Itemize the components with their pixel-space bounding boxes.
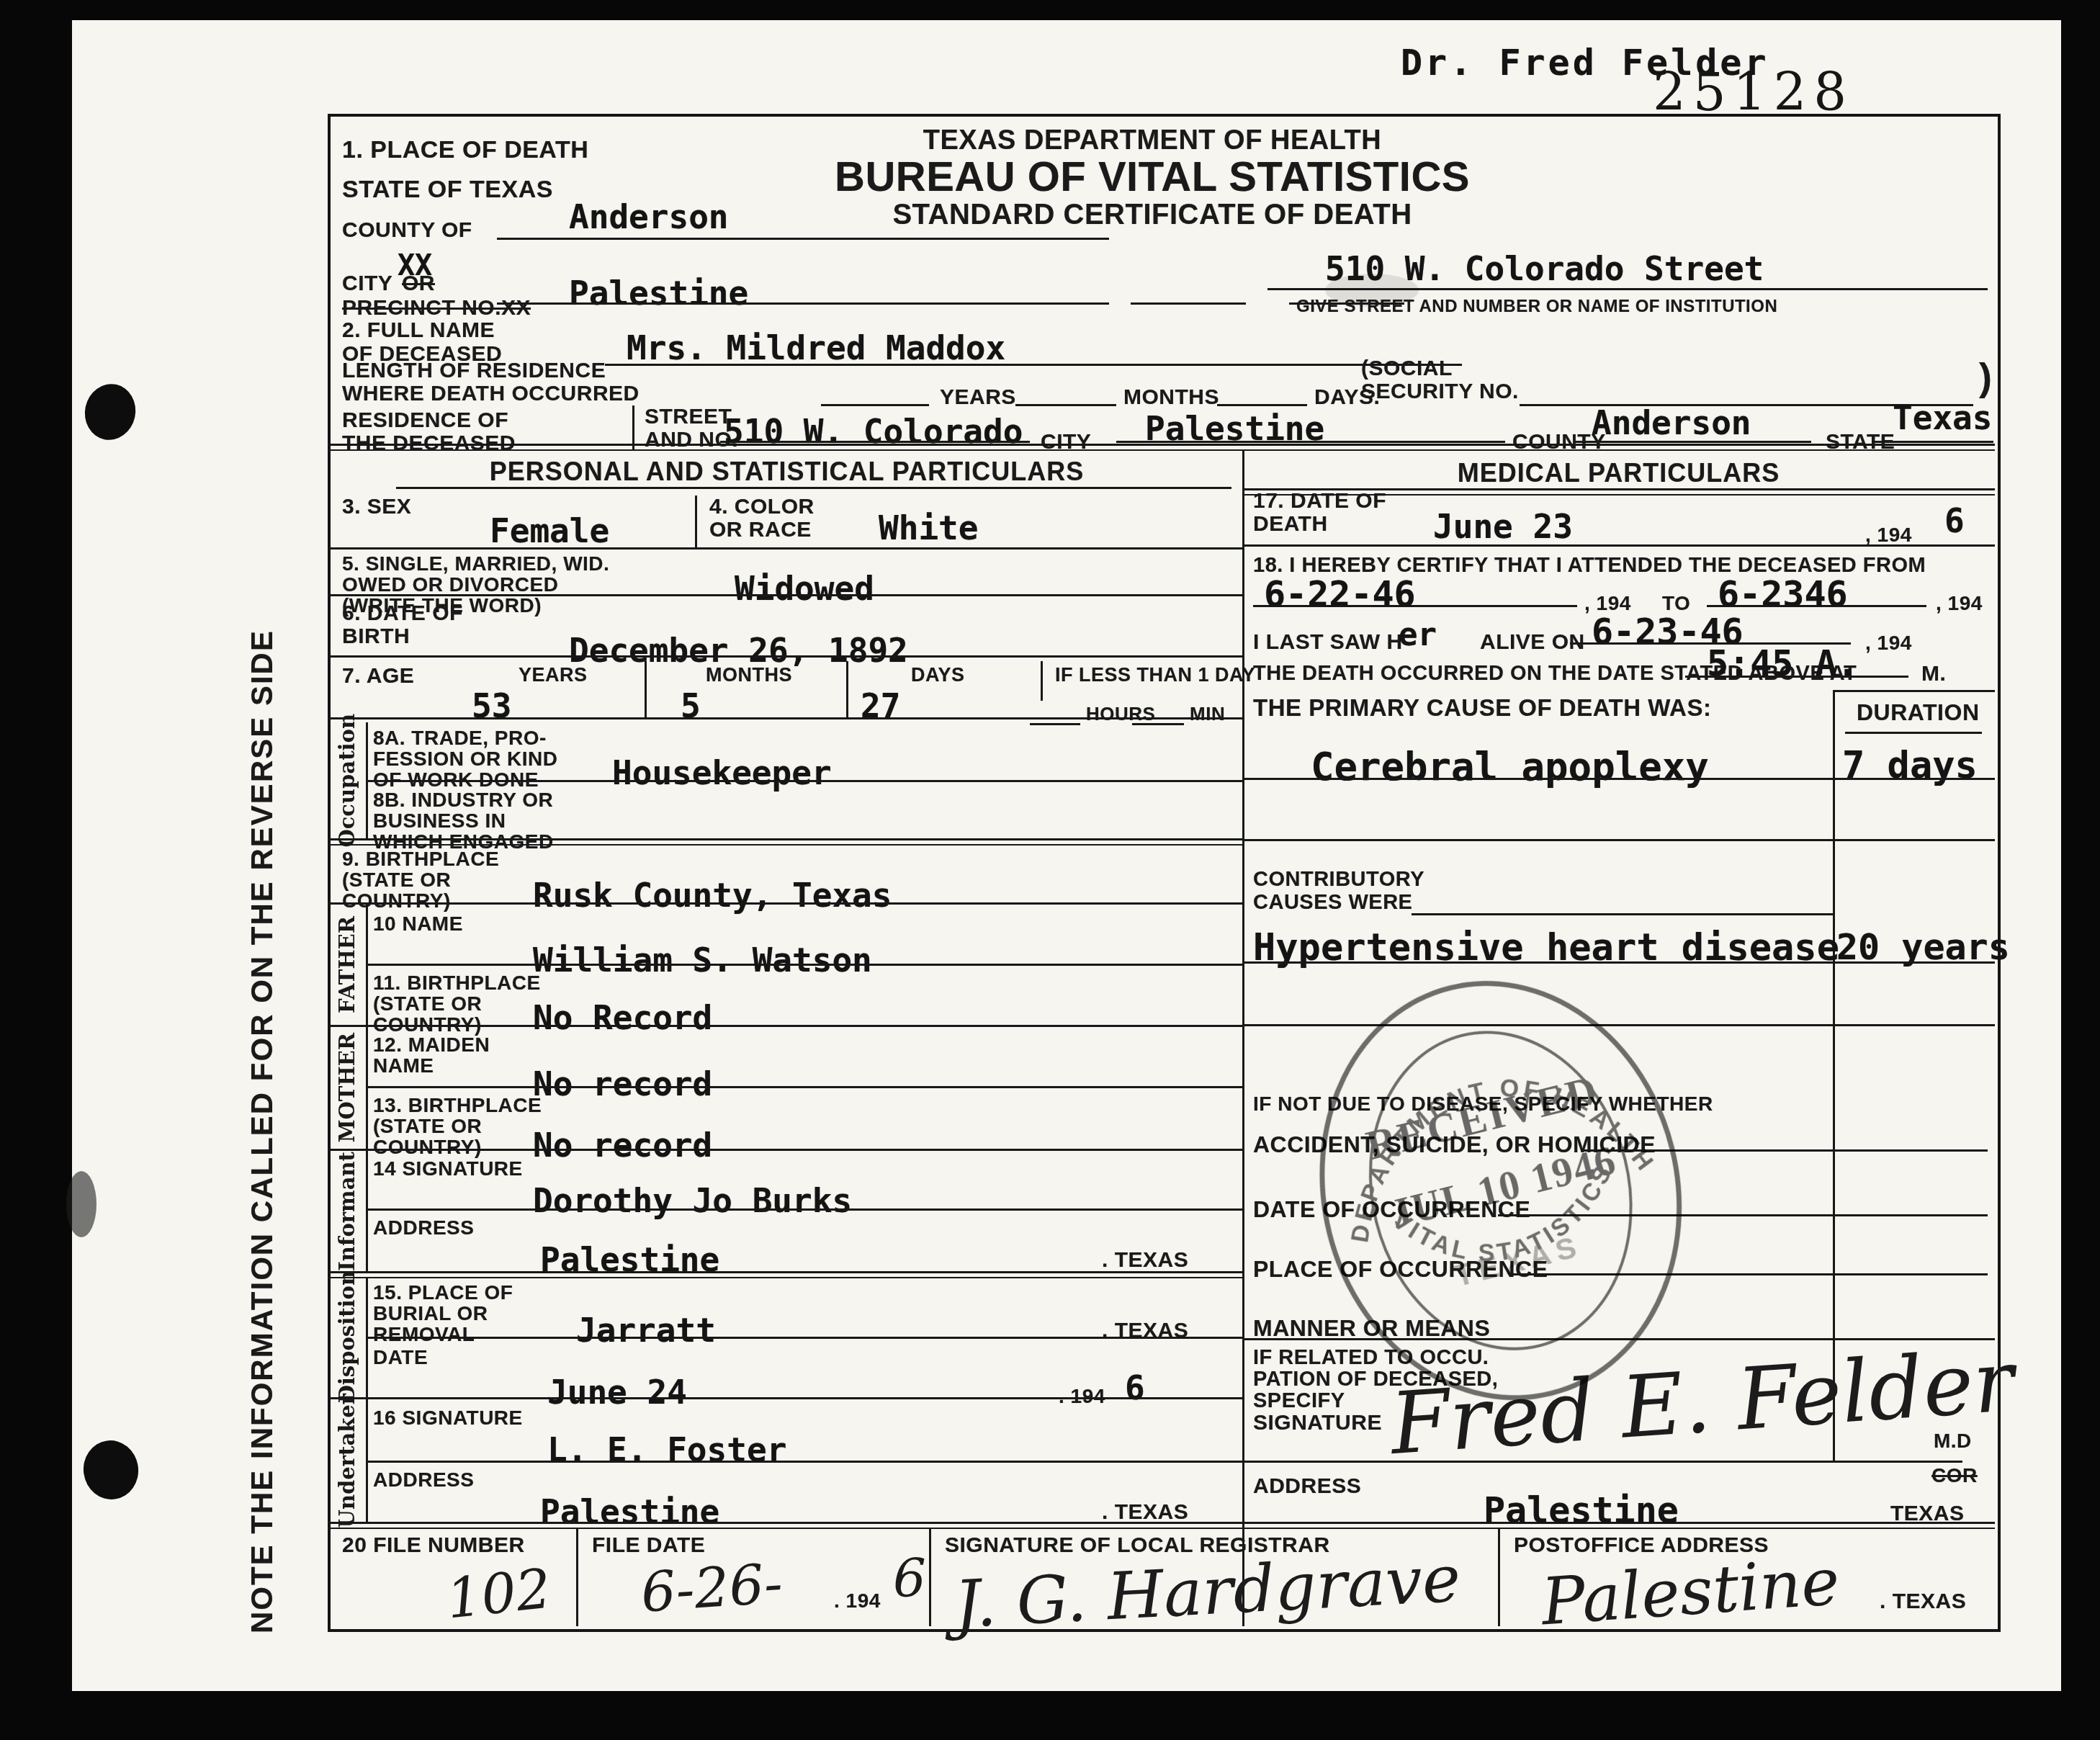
dod-value: June 23: [1433, 507, 1573, 546]
disposition-date-value: June 24: [547, 1373, 687, 1412]
rule: [497, 238, 1109, 240]
undertaker-sig-value: L. E. Foster: [547, 1430, 786, 1469]
rule: [1015, 404, 1116, 406]
age-days-label: DAYS: [911, 665, 965, 685]
full-name-label: 2. FULL NAME: [342, 319, 495, 342]
birthplace-label1: 9. BIRTHPLACE: [342, 848, 499, 869]
maiden-label1: 12. MAIDEN: [373, 1034, 490, 1055]
hole-punch: [80, 380, 141, 445]
burial-label2: BURIAL OR: [373, 1303, 488, 1324]
city-label: CITY: [342, 272, 392, 295]
disposition-year-suffix: 6: [1125, 1368, 1145, 1407]
rule: [1872, 441, 1993, 443]
attended-from-value: 6-22-46: [1264, 573, 1416, 615]
age-years-label: YEARS: [519, 665, 588, 685]
rule: [1845, 732, 1982, 734]
undertaker-group-label: Undertaker: [330, 1399, 364, 1522]
full-name-value: Mrs. Mildred Maddox: [627, 328, 1005, 367]
rule: [1242, 1461, 1962, 1463]
father-group-label: FATHER: [330, 905, 364, 1025]
rule: [645, 661, 647, 717]
rule: [328, 547, 1242, 550]
file-date-year-suffix: 6: [893, 1548, 926, 1609]
residence-state-value: Texas: [1893, 398, 1992, 437]
rule: [1242, 544, 1995, 547]
lastsaw-label2: ALIVE ON: [1480, 631, 1585, 654]
rule: [328, 444, 1995, 451]
industry-label2: BUSINESS IN: [373, 810, 506, 831]
father-bp-value: No Record: [533, 998, 712, 1037]
rule: [366, 1151, 368, 1271]
rule: [366, 1208, 1242, 1211]
street-value: 510 W. Colorado Street: [1325, 249, 1764, 288]
rule: [1217, 404, 1307, 406]
primary-cause-label: THE PRIMARY CAUSE OF DEATH WAS:: [1253, 696, 1711, 721]
physician-addr-label: ADDRESS: [1253, 1475, 1361, 1498]
cause-value: Cerebral apoplexy: [1311, 744, 1709, 789]
rule: [366, 1337, 1242, 1339]
rule: [1267, 288, 1988, 290]
rule: [1242, 839, 1995, 841]
marital-label1: 5. SINGLE, MARRIED, WID.: [342, 553, 609, 574]
maiden-value: No record: [533, 1064, 712, 1103]
attended-to-value: 6-2346: [1718, 573, 1848, 615]
rule: [328, 838, 1242, 846]
min-label: MIN: [1190, 704, 1225, 724]
lastsaw-label1: I LAST SAW H: [1253, 631, 1403, 654]
rule: [929, 1528, 931, 1626]
rule: [1116, 441, 1505, 443]
document-page: Dr. Fred Felder 25128 NOTE THE INFORMATI…: [72, 20, 2061, 1691]
rule: [1707, 605, 1926, 607]
informant-sig-value: Dorothy Jo Burks: [533, 1181, 852, 1220]
age-label: 7. AGE: [342, 665, 414, 688]
father-name-label: 10 NAME: [373, 913, 463, 934]
years-label: YEARS: [940, 386, 1016, 409]
father-bp-label2: (STATE OR: [373, 993, 482, 1014]
mother-bp-value: No record: [533, 1126, 712, 1165]
death-time-value: 5:45 A.: [1707, 642, 1859, 684]
informant-group-text: Informant: [335, 1152, 359, 1271]
sex-value: Female: [490, 511, 609, 550]
city-xx-overtype: XX: [398, 249, 432, 282]
informant-group-label: Informant: [330, 1151, 364, 1271]
rule: [328, 1397, 1242, 1399]
rule: [576, 1528, 578, 1626]
rule: [328, 1025, 1242, 1027]
trade-label1: 8A. TRADE, PRO-: [373, 727, 547, 748]
burial-value: Jarratt: [576, 1311, 716, 1350]
dod-year-suffix: 6: [1944, 501, 1965, 540]
dob-label1: 6. DATE OF: [342, 602, 463, 625]
undertaker-state-label: . TEXAS: [1102, 1501, 1188, 1524]
ink-smudge: [66, 1171, 97, 1237]
rule: [328, 594, 1242, 596]
postoffice-state-label: . TEXAS: [1880, 1590, 1966, 1613]
birthplace-label2: (STATE OR: [342, 869, 451, 890]
father-name-value: William S. Watson: [533, 941, 872, 979]
file-number-label: 20 FILE NUMBER: [342, 1534, 525, 1557]
rule: [1131, 302, 1246, 305]
contrib-label2: CAUSES WERE: [1253, 892, 1412, 913]
industry-label1: 8B. INDUSTRY OR: [373, 789, 553, 810]
file-date-year-prefix: . 194: [834, 1590, 881, 1611]
rule: [328, 717, 1242, 719]
street-note: GIVE STREET AND NUMBER OR NAME OF INSTIT…: [1296, 297, 1777, 315]
rule: [366, 1086, 1242, 1088]
rule: [1030, 723, 1080, 725]
trade-value: Housekeeper: [612, 753, 832, 792]
header-dept: TEXAS DEPARTMENT OF HEALTH: [756, 127, 1548, 156]
marital-label2: OWED OR DIVORCED: [342, 574, 558, 595]
social-label1: (SOCIAL: [1361, 357, 1453, 380]
mother-bp-label2: (STATE OR: [373, 1116, 482, 1136]
rule: [328, 902, 1242, 905]
cor-label: COR: [1931, 1465, 1978, 1486]
hours-label: HOURS: [1086, 704, 1155, 724]
rule: [366, 964, 1242, 966]
file-date-value: 6-26-: [639, 1551, 784, 1624]
rule: [396, 487, 1231, 489]
trade-label2: FESSION OR KIND: [373, 748, 557, 769]
state-of-texas-label: STATE OF TEXAS: [342, 177, 553, 203]
physician-state-label: TEXAS: [1890, 1502, 1965, 1525]
color-label1: 4. COLOR: [709, 495, 815, 519]
county-value: Anderson: [569, 197, 729, 236]
contrib-label1: CONTRIBUTORY: [1253, 869, 1424, 890]
city-value: Palestine: [569, 274, 748, 313]
rule: [366, 1461, 1242, 1463]
rule: [1132, 723, 1184, 725]
burial-label3: REMOVAL: [373, 1324, 475, 1345]
rule: [846, 661, 848, 717]
father-group-text: FATHER: [335, 916, 359, 1013]
rule: [328, 1149, 1242, 1151]
precinct-label: PRECINCT NO.XX: [342, 297, 531, 320]
lessday-label: IF LESS THAN 1 DAY: [1055, 665, 1255, 685]
social-label2: SECURITY NO.: [1361, 380, 1519, 403]
lastsaw-er-overtype: er: [1399, 616, 1437, 653]
street-and-no-label1: STREET: [645, 405, 732, 429]
rule: [1498, 1528, 1500, 1626]
dod-label2: DEATH: [1253, 513, 1328, 536]
rule: [497, 302, 1109, 305]
rule: [328, 1271, 1242, 1278]
form-header: TEXAS DEPARTMENT OF HEALTH BUREAU OF VIT…: [756, 127, 1548, 230]
rule: [605, 364, 1462, 366]
residence-length-label2: WHERE DEATH OCCURRED: [342, 382, 640, 405]
paren: ): [1979, 357, 1992, 398]
dod-label1: 17. DATE OF: [1253, 490, 1386, 513]
rule: [1242, 778, 1995, 780]
rule: [821, 404, 929, 406]
residence-label1: RESIDENCE OF: [342, 409, 508, 432]
dob-label2: BIRTH: [342, 625, 410, 648]
related-label3: SPECIFY: [1253, 1390, 1345, 1412]
rule: [695, 495, 697, 547]
disposition-group-text: Disposition: [335, 1270, 359, 1403]
mother-bp-label3: COUNTRY): [373, 1136, 482, 1157]
header-bureau: BUREAU OF VITAL STATISTICS: [756, 156, 1548, 199]
attended-year2: , 194: [1936, 593, 1983, 614]
file-number-value: 102: [444, 1556, 555, 1631]
county-label: COUNTY OF: [342, 219, 472, 242]
duration-label: DURATION: [1857, 701, 1980, 725]
death-time-m-label: M.: [1921, 663, 1946, 686]
rule: [1253, 605, 1577, 607]
color-label2: OR RACE: [709, 519, 812, 542]
column-divider: [1242, 450, 1244, 1626]
reverse-side-note: NOTE THE INFORMATION CALLED FOR ON THE R…: [246, 344, 278, 1633]
medical-section-header: MEDICAL PARTICULARS: [1242, 459, 1995, 487]
rule: [1574, 441, 1811, 443]
rule: [1685, 676, 1908, 678]
undertaker-group-text: Undertaker: [335, 1394, 359, 1528]
file-date-label: FILE DATE: [592, 1534, 705, 1557]
mother-bp-label1: 13. BIRTHPLACE: [373, 1095, 542, 1116]
informant-addr-label: ADDRESS: [373, 1217, 474, 1238]
rule: [1412, 913, 1833, 915]
mother-group-label: MOTHER: [330, 1027, 364, 1149]
father-bp-label1: 11. BIRTHPLACE: [373, 972, 541, 993]
residence-county-value: Anderson: [1592, 403, 1751, 442]
undertaker-addr-label: ADDRESS: [373, 1469, 474, 1490]
personal-section-header: PERSONAL AND STATISTICAL PARTICULARS: [331, 458, 1242, 485]
disposition-year-prefix: . 194: [1059, 1386, 1105, 1407]
occupation-group-label: Occupation: [330, 722, 364, 838]
occupation-group-text: Occupation: [335, 714, 359, 848]
scanned-death-certificate: { "annotations": { "physician": "Dr. Fre…: [0, 0, 2100, 1740]
lastsaw-year: , 194: [1865, 632, 1912, 653]
rule: [1041, 661, 1043, 701]
rule: [328, 655, 1242, 658]
marital-value: Widowed: [735, 569, 874, 608]
rule: [720, 441, 1030, 443]
rule: [366, 780, 1242, 782]
disposition-group-label: Disposition: [330, 1277, 364, 1397]
informant-state-label: . TEXAS: [1102, 1249, 1188, 1272]
disposition-date-label: DATE: [373, 1347, 428, 1368]
color-value: White: [879, 508, 978, 547]
age-months-label: MONTHS: [706, 665, 792, 685]
sex-label: 3. SEX: [342, 495, 411, 519]
cause-duration-value: 7 days: [1842, 744, 1978, 787]
months-label: MONTHS: [1123, 386, 1219, 409]
header-title: STANDARD CERTIFICATE OF DEATH: [756, 199, 1548, 230]
hole-punch: [80, 1437, 143, 1503]
rule: [1833, 690, 1995, 692]
physician-addr-value: Palestine: [1484, 1489, 1679, 1531]
birthplace-value: Rusk County, Texas: [533, 876, 892, 915]
mother-group-text: MOTHER: [335, 1033, 359, 1143]
informant-sig-label: 14 SIGNATURE: [373, 1158, 523, 1179]
place-of-death-label: 1. PLACE OF DEATH: [342, 138, 588, 163]
burial-label1: 15. PLACE OF: [373, 1282, 513, 1303]
maiden-label2: NAME: [373, 1055, 434, 1076]
dod-year-prefix: , 194: [1865, 524, 1912, 545]
residence-length-label: LENGTH OF RESIDENCE: [342, 359, 606, 382]
undertaker-sig-label: 16 SIGNATURE: [373, 1407, 523, 1428]
